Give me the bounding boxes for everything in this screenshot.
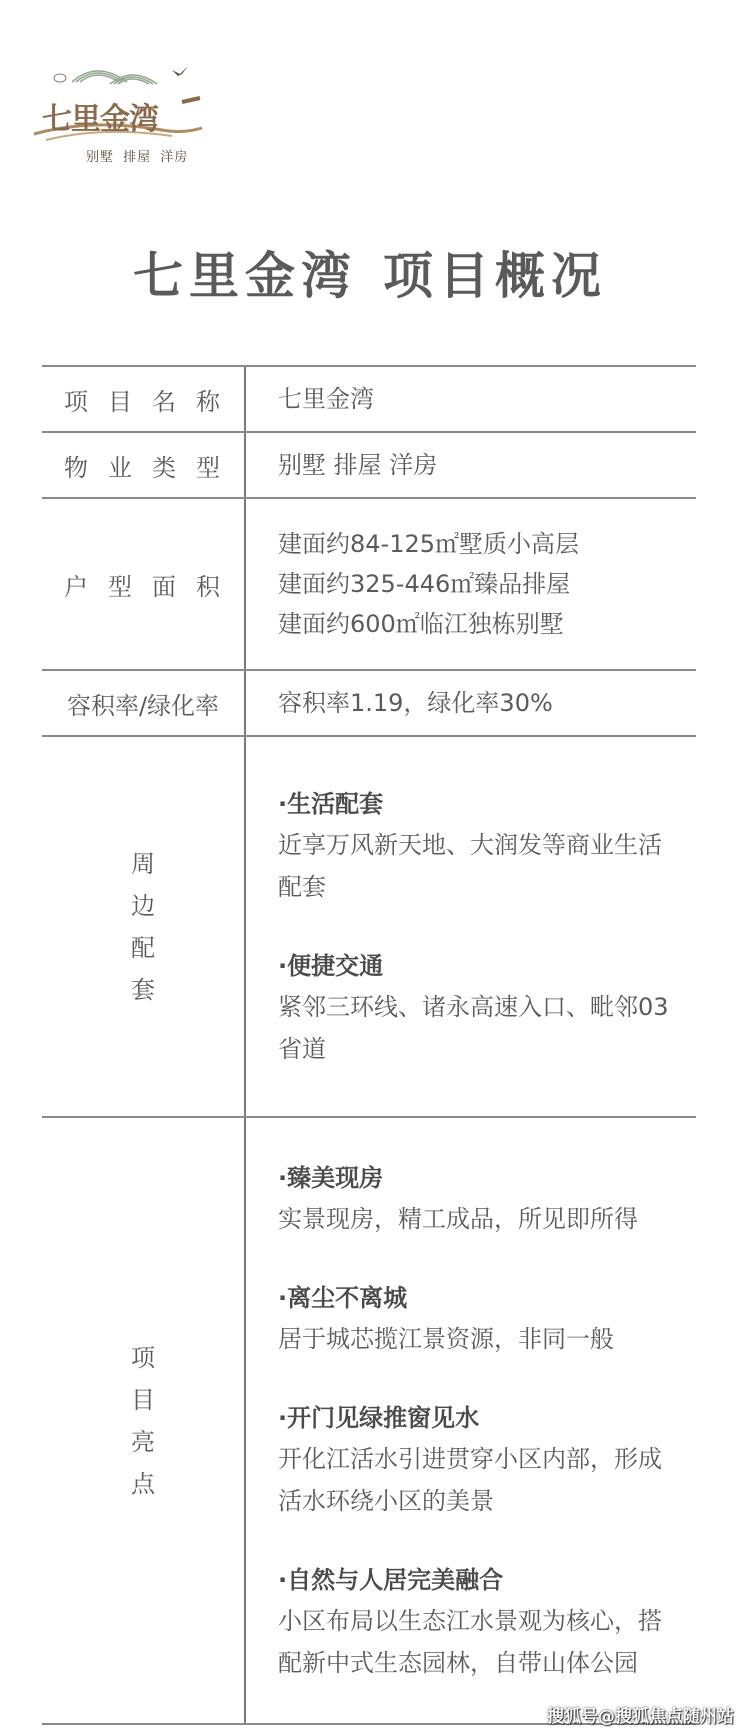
section-heading: ·生活配套 xyxy=(278,784,682,824)
label-char: 套 xyxy=(131,969,155,1011)
section-transport: ·便捷交通 紧邻三环线、诸永高速入口、毗邻03省道 xyxy=(278,946,682,1070)
label-property-type: 物业类型 xyxy=(42,433,246,497)
table-row-property-type: 物业类型 别墅 排屋 洋房 xyxy=(42,431,696,497)
value-unit-area: 建面约84-125㎡墅质小高层 建面约325-446㎡臻品排屋 建面约600㎡临… xyxy=(246,499,696,669)
section-heading: ·离尘不离城 xyxy=(278,1278,682,1318)
value-far-green-ratio: 容积率1.19，绿化率30% xyxy=(246,671,696,735)
section-body: 居于城芯揽江景资源，非同一般 xyxy=(278,1318,682,1360)
section-body: 实景现房，精工成品，所见即所得 xyxy=(278,1198,682,1240)
table-row-surrounding-facilities: 周 边 配 套 ·生活配套 近享万风新天地、大润发等商业生活配套 ·便捷交通 紧… xyxy=(42,735,696,1116)
unit-area-line: 建面约600㎡临江独栋别墅 xyxy=(278,604,696,644)
page-title: 七里金湾项目概况 xyxy=(0,236,740,308)
value-property-type: 别墅 排屋 洋房 xyxy=(246,433,696,497)
label-char: 项 xyxy=(131,1337,155,1379)
label-highlights: 项 目 亮 点 xyxy=(42,1118,246,1723)
section-body: 小区布局以生态江水景观为核心，搭配新中式生态园林，自带山体公园 xyxy=(278,1600,682,1684)
label-char: 边 xyxy=(131,885,155,927)
table-row-far-green-ratio: 容积率/绿化率 容积率1.19，绿化率30% xyxy=(42,669,696,735)
label-char: 亮 xyxy=(131,1421,155,1463)
label-char: 配 xyxy=(131,927,155,969)
section-body: 近享万风新天地、大润发等商业生活配套 xyxy=(278,824,682,908)
label-project-name: 项目名称 xyxy=(42,367,246,431)
value-text: 容积率1.19，绿化率30% xyxy=(278,683,696,723)
label-surrounding-facilities: 周 边 配 套 xyxy=(42,737,246,1116)
logo-subtitle: 别墅 排屋 洋房 xyxy=(86,146,188,165)
watermark: 搜狐号@搜狐焦点随州站 xyxy=(547,1702,734,1727)
section-heading: ·开门见绿推窗见水 xyxy=(278,1398,682,1438)
label-far-green-ratio: 容积率/绿化率 xyxy=(42,671,246,735)
section-living: ·生活配套 近享万风新天地、大润发等商业生活配套 xyxy=(278,784,682,908)
section-heading: ·便捷交通 xyxy=(278,946,682,986)
unit-area-line: 建面约325-446㎡臻品排屋 xyxy=(278,564,696,604)
section-highlight-2: ·离尘不离城 居于城芯揽江景资源，非同一般 xyxy=(278,1278,682,1360)
label-char: 目 xyxy=(131,1379,155,1421)
project-overview-table: 项目名称 七里金湾 物业类型 别墅 排屋 洋房 户型面积 建面约84-125㎡墅… xyxy=(42,365,696,1725)
section-highlight-3: ·开门见绿推窗见水 开化江活水引进贯穿小区内部，形成活水环绕小区的美景 xyxy=(278,1398,682,1522)
value-surrounding-facilities: ·生活配套 近享万风新天地、大润发等商业生活配套 ·便捷交通 紧邻三环线、诸永高… xyxy=(246,737,696,1116)
value-text: 七里金湾 xyxy=(278,379,696,419)
section-heading: ·臻美现房 xyxy=(278,1158,682,1198)
title-project-name: 七里金湾 xyxy=(133,246,357,305)
label-unit-area: 户型面积 xyxy=(42,499,246,669)
table-row-unit-area: 户型面积 建面约84-125㎡墅质小高层 建面约325-446㎡臻品排屋 建面约… xyxy=(42,497,696,669)
label-char: 周 xyxy=(131,843,155,885)
logo: 七里金湾 别墅 排屋 洋房 xyxy=(32,62,232,172)
section-body: 紧邻三环线、诸永高速入口、毗邻03省道 xyxy=(278,986,682,1070)
value-text: 别墅 排屋 洋房 xyxy=(278,445,696,485)
section-highlight-1: ·臻美现房 实景现房，精工成品，所见即所得 xyxy=(278,1158,682,1240)
section-highlight-4: ·自然与人居完美融合 小区布局以生态江水景观为核心，搭配新中式生态园林，自带山体… xyxy=(278,1560,682,1684)
table-row-highlights: 项 目 亮 点 ·臻美现房 实景现房，精工成品，所见即所得 ·离尘不离城 居于城… xyxy=(42,1116,696,1725)
label-char: 点 xyxy=(131,1463,155,1505)
section-heading: ·自然与人居完美融合 xyxy=(278,1560,682,1600)
title-overview: 项目概况 xyxy=(383,246,607,305)
value-project-name: 七里金湾 xyxy=(246,367,696,431)
section-body: 开化江活水引进贯穿小区内部，形成活水环绕小区的美景 xyxy=(278,1438,682,1522)
logo-brand: 七里金湾 xyxy=(42,94,158,138)
unit-area-line: 建面约84-125㎡墅质小高层 xyxy=(278,524,696,564)
table-row-project-name: 项目名称 七里金湾 xyxy=(42,365,696,431)
value-highlights: ·臻美现房 实景现房，精工成品，所见即所得 ·离尘不离城 居于城芯揽江景资源，非… xyxy=(246,1118,696,1723)
